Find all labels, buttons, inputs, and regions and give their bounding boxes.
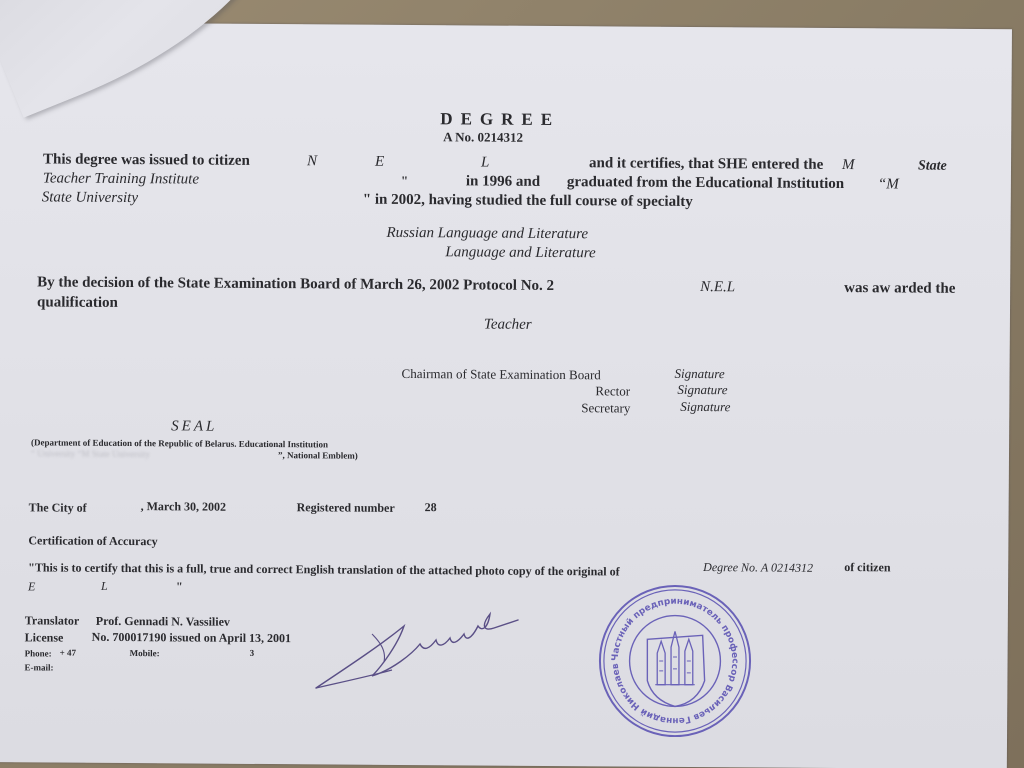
decision-text: By the decision of the State Examination… — [37, 274, 554, 295]
seal-description-redacted: “ University “M State University — [31, 448, 150, 459]
phone-value: + 47 — [60, 648, 76, 658]
certification-text: "This is to certify that this is a full,… — [28, 560, 620, 579]
secretary-signature: Signature — [680, 399, 730, 415]
translator-name: Prof. Gennadi N. Vassiliev — [96, 614, 230, 630]
qualification-label: qualification — [37, 294, 118, 312]
closing-quote: " — [176, 579, 183, 594]
initial-n: N — [307, 153, 317, 170]
of-citizen-text: of citizen — [844, 560, 890, 575]
state-word: State — [918, 159, 947, 175]
translator-signature-icon — [312, 604, 522, 694]
citizen-initial-l: L — [101, 579, 108, 594]
initial-l: L — [481, 155, 489, 172]
citizen-initial-e: E — [28, 579, 35, 594]
translator-label: Translator — [25, 613, 80, 628]
issue-date: , March 30, 2002 — [141, 499, 227, 515]
seal-label: SEAL — [171, 418, 217, 435]
secretary-role: Secretary — [581, 400, 630, 416]
chairman-signature: Signature — [675, 366, 725, 382]
license-value: No. 700017190 issued on April 13, 2001 — [92, 630, 291, 646]
mobile-label: Mobile: — [130, 648, 160, 658]
registered-label: Registered number — [297, 500, 395, 516]
registered-value: 28 — [425, 500, 437, 515]
phone-label: Phone: — [25, 648, 52, 658]
graduated-text: graduated from the Educational Instituti… — [567, 174, 844, 193]
quote-mark: " — [401, 173, 408, 189]
rector-role: Rector — [595, 383, 630, 399]
chairman-role: Chairman of State Examination Board — [401, 366, 600, 383]
city-label: The City of — [29, 500, 87, 515]
seal-description-2: ”, National Emblem) — [278, 450, 358, 461]
rector-signature: Signature — [677, 382, 727, 398]
specialty-line-2: Language and Literature — [445, 244, 595, 262]
teacher-institute: Teacher Training Institute — [43, 170, 199, 188]
institution-initial-m2: “M — [878, 176, 899, 193]
state-university: State University — [42, 189, 138, 207]
email-label: E-mail: — [24, 662, 53, 672]
entered-year: in 1996 and — [466, 173, 540, 191]
institution-initial-m1: M — [842, 157, 855, 174]
issued-to-text: This degree was issued to citizen — [43, 151, 250, 169]
awarded-text: was aw arded the — [844, 280, 955, 298]
degree-reference: Degree No. A 0214312 — [703, 560, 813, 576]
qualification-value: Teacher — [484, 317, 532, 334]
initial-e: E — [375, 154, 384, 171]
translator-stamp-icon: Частный предприниматель профессор Василь… — [596, 582, 754, 740]
degree-number: A No. 0214312 — [443, 129, 523, 146]
mobile-value: 3 — [250, 648, 255, 658]
document-title: DEGREE — [440, 109, 560, 130]
certification-heading: Certification of Accuracy — [28, 533, 157, 549]
specialty-line-1: Russian Language and Literature — [386, 225, 588, 243]
graduated-year-text: " in 2002, having studied the full cours… — [363, 192, 693, 211]
certifies-text: and it certifies, that SHE entered the — [589, 155, 823, 174]
seal-description-1: (Department of Education of the Republic… — [31, 437, 328, 449]
graduate-initials: N.E.L — [700, 279, 735, 296]
license-label: License — [25, 630, 64, 645]
